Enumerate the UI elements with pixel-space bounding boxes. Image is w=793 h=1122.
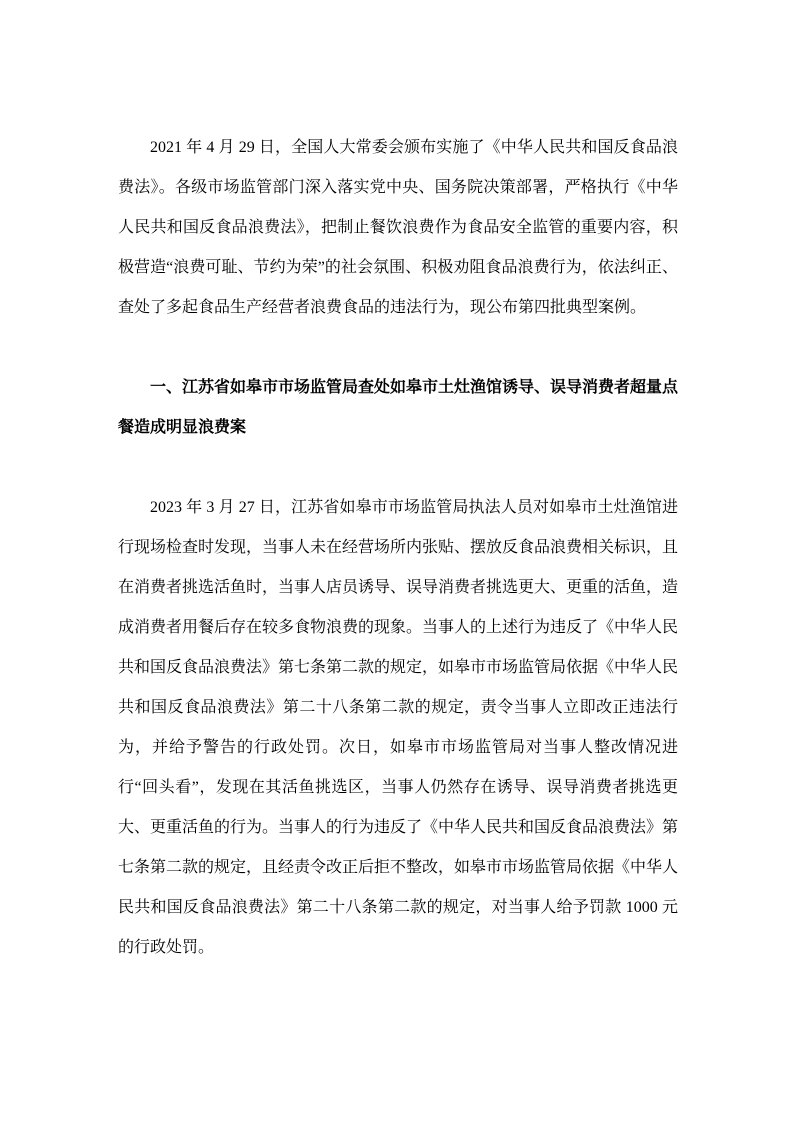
case-detail-paragraph: 2023 年 3 月 27 日，江苏省如皋市市场监管局执法人员对如皋市土灶渔馆进… xyxy=(118,488,678,968)
case-section-heading: 一、江苏省如皋市市场监管局查处如皋市土灶渔馆诱导、误导消费者超量点餐造成明显浪费… xyxy=(118,368,678,448)
document-page: 2021 年 4 月 29 日，全国人大常委会颁布实施了《中华人民共和国反食品浪… xyxy=(0,0,793,1122)
intro-paragraph: 2021 年 4 月 29 日，全国人大常委会颁布实施了《中华人民共和国反食品浪… xyxy=(118,128,678,328)
